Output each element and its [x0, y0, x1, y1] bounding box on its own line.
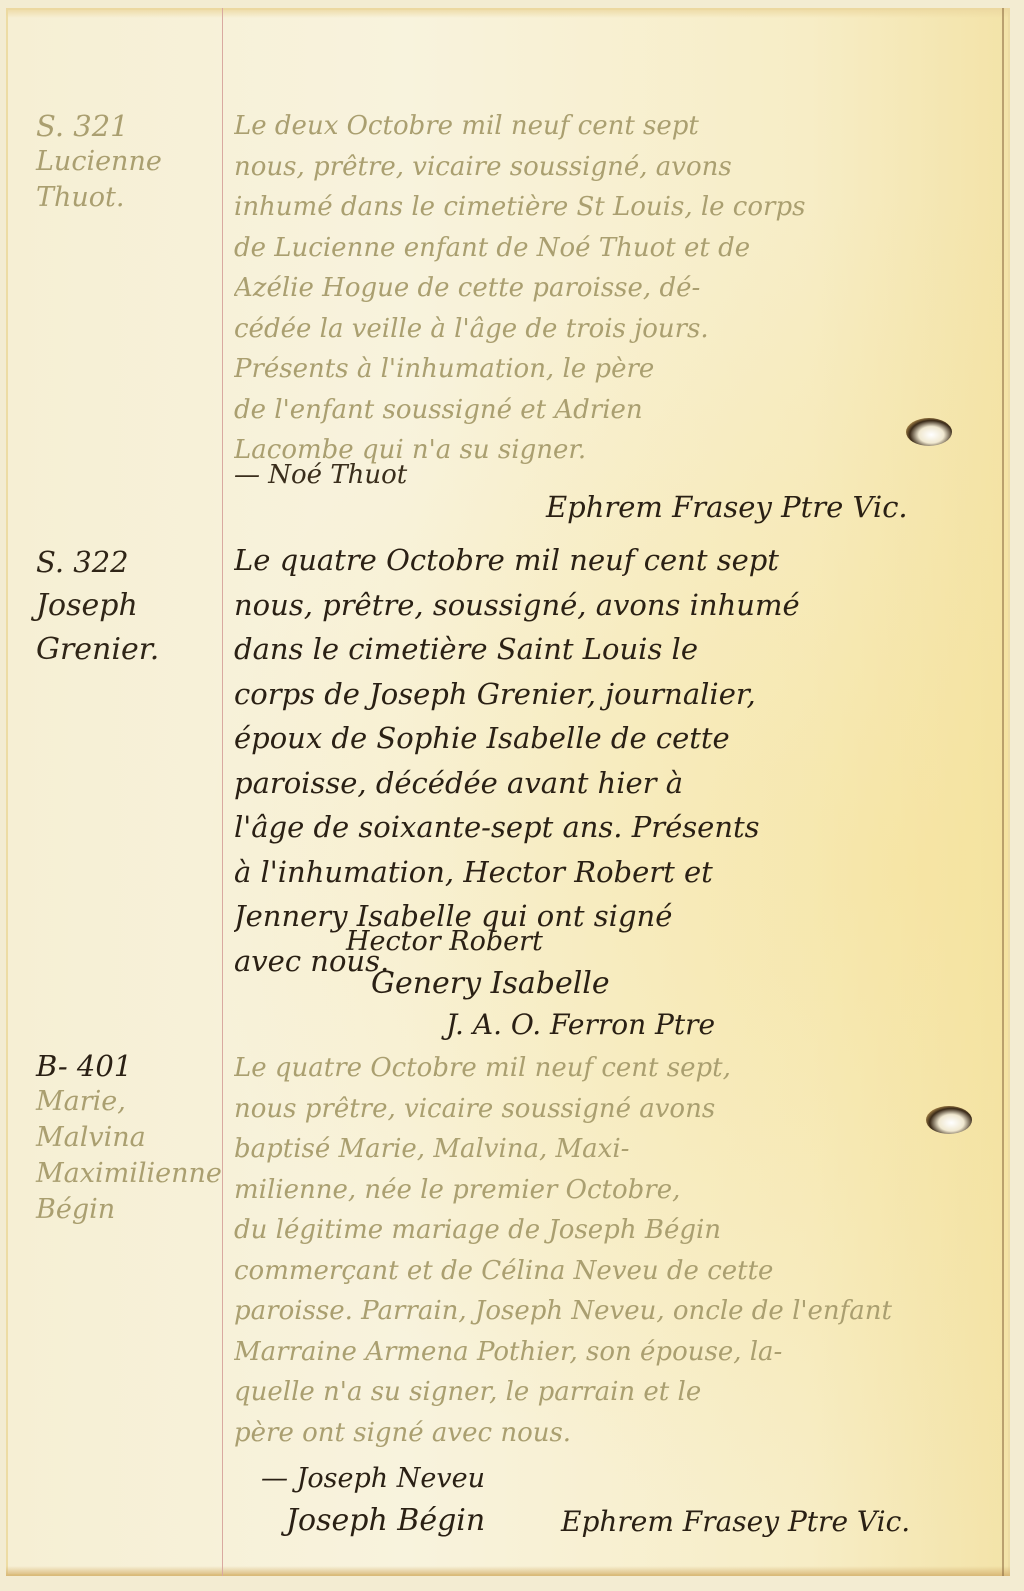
entry-line: baptisé Marie, Malvina, Maxi- — [234, 1129, 974, 1170]
entry-line: nous, prêtre, vicaire soussigné, avons — [234, 147, 974, 188]
entry-line: nous, prêtre, soussigné, avons inhumé — [234, 583, 974, 628]
signature: — Noé Thuot — [234, 460, 407, 490]
entry-ref: S. 322 — [36, 540, 221, 584]
entry-name-line: Maximilienne — [36, 1156, 221, 1192]
entry-body: Le quatre Octobre mil neuf cent sept, no… — [234, 1048, 974, 1453]
signature: J. A. O. Ferron Ptre — [446, 1008, 715, 1041]
entry-line: nous prêtre, vicaire soussigné avons — [234, 1089, 974, 1130]
entry-line: quelle n'a su signer, le parrain et le — [234, 1372, 974, 1413]
page-top-edge — [6, 8, 1010, 18]
signature: — Joseph Neveu — [261, 1463, 485, 1494]
entry-line: Le quatre Octobre mil neuf cent sept, — [234, 1048, 974, 1089]
entry-line: de l'enfant soussigné et Adrien — [234, 390, 974, 431]
entry-line: inhumé dans le cimetière St Louis, le co… — [234, 187, 974, 228]
entry-line: Présents à l'inhumation, le père — [234, 349, 974, 390]
signature: Hector Robert — [346, 926, 543, 957]
binding-rule — [1002, 8, 1004, 1576]
signature: Ephrem Frasey Ptre Vic. — [546, 490, 908, 524]
signature: Joseph Bégin — [286, 1503, 485, 1538]
entry-line: paroisse, décédée avant hier à — [234, 761, 974, 806]
entry-line: du légitime mariage de Joseph Bégin — [234, 1210, 974, 1251]
entry-line: cédée la veille à l'âge de trois jours. — [234, 309, 974, 350]
entry-line: Azélie Hogue de cette paroisse, dé- — [234, 268, 974, 309]
register-page: S. 321 Lucienne Thuot. Le deux Octobre m… — [6, 8, 1010, 1576]
entry-line: l'âge de soixante-sept ans. Présents — [234, 805, 974, 850]
entry-ref: B- 401 — [36, 1048, 221, 1084]
entry-line: commerçant et de Célina Neveu de cette — [234, 1251, 974, 1292]
entry-line: dans le cimetière Saint Louis le — [234, 627, 974, 672]
entry-line: père ont signé avec nous. — [234, 1413, 974, 1454]
signature: Ephrem Frasey Ptre Vic. — [561, 1505, 910, 1538]
entry-margin-note: S. 322 Joseph Grenier. — [36, 540, 221, 672]
entry-line: Le deux Octobre mil neuf cent sept — [234, 106, 974, 147]
entry-body: Le quatre Octobre mil neuf cent sept nou… — [234, 538, 974, 983]
entry-line: Jennery Isabelle qui ont signé — [234, 894, 974, 939]
entry-margin-note: S. 321 Lucienne Thuot. — [36, 108, 221, 216]
page-bottom-edge — [6, 1566, 1010, 1576]
entry-line: corps de Joseph Grenier, journalier, — [234, 672, 974, 717]
entry-line: époux de Sophie Isabelle de cette — [234, 716, 974, 761]
entry-name-line: Joseph — [36, 584, 221, 628]
entry-line: de Lucienne enfant de Noé Thuot et de — [234, 228, 974, 269]
entry-line: à l'inhumation, Hector Robert et — [234, 850, 974, 895]
entry-ref: S. 321 — [36, 108, 221, 144]
entry-name-line: Bégin — [36, 1192, 221, 1228]
signature: Genery Isabelle — [371, 966, 610, 1001]
entry-line: paroisse. Parrain, Joseph Neveu, oncle d… — [234, 1291, 974, 1332]
margin-rule — [222, 8, 223, 1576]
entry-name-line: Malvina — [36, 1120, 221, 1156]
entry-line: Marraine Armena Pothier, son épouse, la- — [234, 1332, 974, 1373]
entry-margin-note: B- 401 Marie, Malvina Maximilienne Bégin — [36, 1048, 221, 1228]
entry-name-line: Thuot. — [36, 180, 221, 216]
entry-body: Le deux Octobre mil neuf cent sept nous,… — [234, 106, 974, 471]
entry-name-line: Lucienne — [36, 144, 221, 180]
entry-line: milienne, née le premier Octobre, — [234, 1170, 974, 1211]
entry-line: Le quatre Octobre mil neuf cent sept — [234, 538, 974, 583]
entry-name-line: Grenier. — [36, 628, 221, 672]
entry-name-line: Marie, — [36, 1084, 221, 1120]
